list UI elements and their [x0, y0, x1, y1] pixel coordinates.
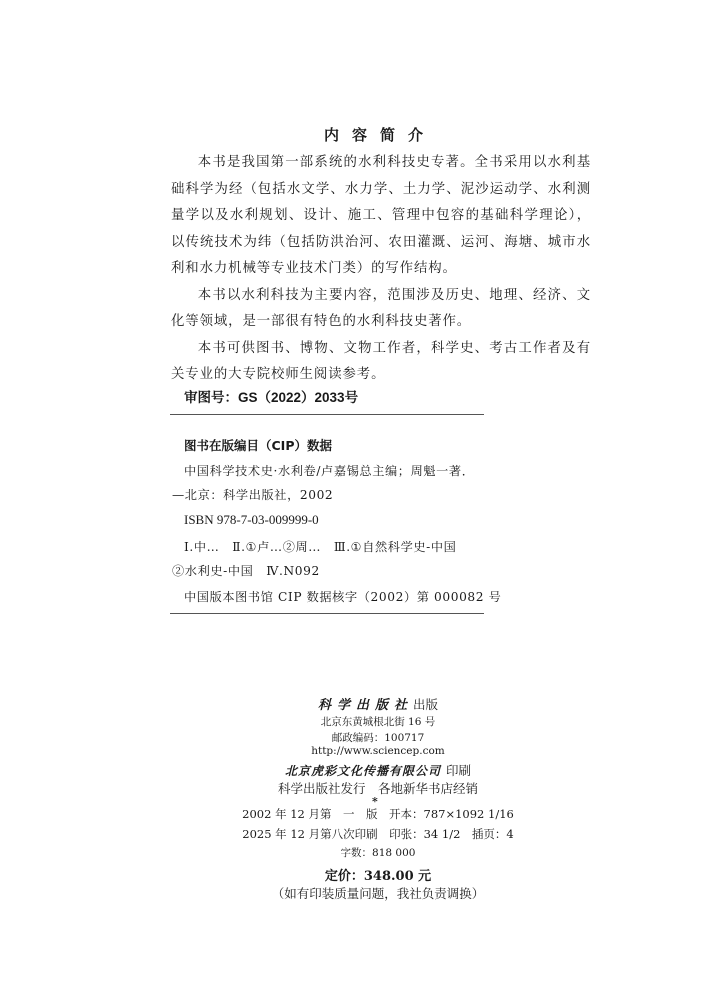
printing-info: 2025 年 12 月第八次印刷 印张：34 1/2 插页：4	[0, 826, 720, 842]
divider	[170, 613, 484, 614]
publisher-url: http://www.sciencep.com	[0, 745, 720, 757]
postcode: 邮政编码：100717	[0, 730, 720, 745]
cip-classification: ②水利史-中国 Ⅳ.N092	[172, 562, 320, 579]
cip-heading: 图书在版编目（CIP）数据	[184, 436, 332, 454]
intro-title: 内容简介	[0, 124, 720, 145]
printer-suffix: 印刷	[446, 763, 471, 778]
cip-isbn: ISBN 978-7-03-009999-0	[184, 512, 319, 528]
quality-notice: （如有印装质量问题，我社负责调换）	[0, 884, 720, 902]
intro-paragraph: 本书是我国第一部系统的水利科技史专著。全书采用以水利基础科学为经（包括水文学、水…	[171, 150, 591, 283]
publisher-suffix: 出版	[413, 697, 438, 712]
divider	[170, 414, 484, 415]
printer-line: 北京虎彩文化传播有限公司 印刷	[0, 760, 720, 779]
cip-record: 中国版本图书馆 CIP 数据核字（2002）第 000082 号	[184, 588, 501, 605]
publisher-address: 北京东黄城根北街 16 号	[0, 714, 720, 729]
publisher-line: 科学出版社出版	[0, 694, 720, 713]
word-count: 字数：818 000	[0, 845, 720, 860]
map-review-number: 审图号：GS（2022）2033号	[184, 386, 358, 406]
edition-info: 2002 年 12 月第 一 版 开本：787×1092 1/16	[0, 806, 720, 822]
price: 定价：348.00 元	[0, 865, 720, 884]
intro-paragraph: 本书可供图书、博物、文物工作者，科学史、考古工作者及有关专业的大专院校师生阅读参…	[171, 336, 591, 389]
printer-name: 北京虎彩文化传播有限公司	[285, 764, 441, 778]
intro-paragraph: 本书以水利科技为主要内容，范围涉及历史、地理、经济、文化等领域，是一部很有特色的…	[171, 283, 591, 336]
cip-line: —北京：科学出版社，2002	[172, 486, 333, 503]
publisher-name: 科学出版社	[318, 698, 413, 713]
cip-classification: Ⅰ.中… Ⅱ.①卢…②周… Ⅲ.①自然科学史-中国	[184, 538, 456, 555]
intro-body: 本书是我国第一部系统的水利科技史专著。全书采用以水利基础科学为经（包括水文学、水…	[171, 150, 591, 389]
distribution: 科学出版社发行 各地新华书店经销	[0, 779, 720, 797]
cip-line: 中国科学技术史·水利卷/卢嘉锡总主编；周魁一著．	[184, 462, 475, 479]
